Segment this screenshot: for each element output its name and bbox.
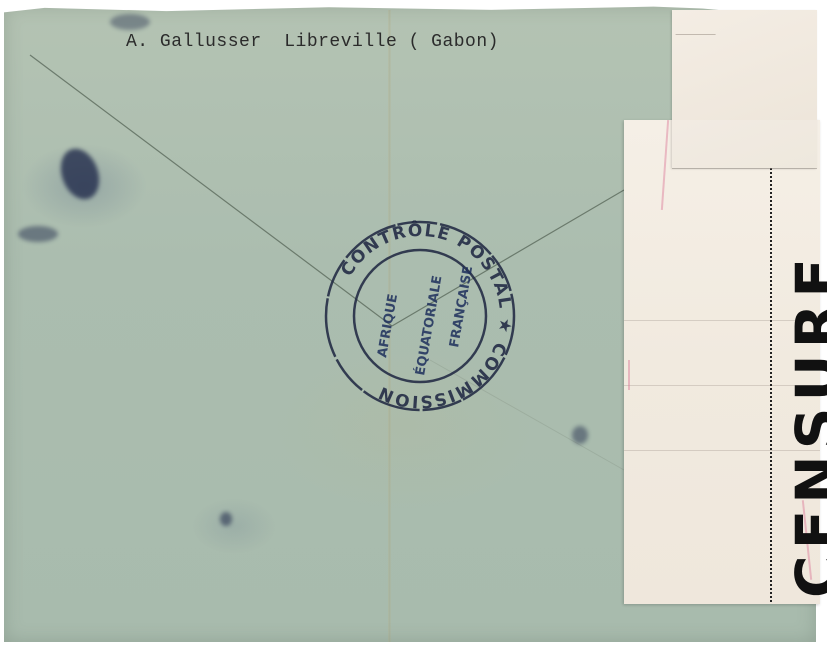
censure-text: CENSURE	[782, 168, 827, 598]
svg-text:AFRIQUE: AFRIQUE	[375, 293, 401, 359]
censor-label-overlap	[672, 120, 817, 169]
ink-stain	[220, 512, 232, 526]
svg-text:FRANÇAISE: FRANÇAISE	[447, 265, 476, 349]
ink-stain	[572, 426, 588, 444]
perforation-line	[770, 168, 772, 602]
censor-label: CENSURE	[624, 120, 820, 604]
censorship-postmark: CONTRÔLE POSTAL ★ COMMISSION AFRIQUE ÉQU…	[322, 218, 518, 414]
svg-text:ÉQUATORIALE: ÉQUATORIALE	[412, 274, 445, 376]
ink-stain	[110, 14, 150, 30]
sender-address: A. Gallusser Libreville ( Gabon)	[126, 32, 499, 52]
ink-stain	[18, 226, 58, 242]
